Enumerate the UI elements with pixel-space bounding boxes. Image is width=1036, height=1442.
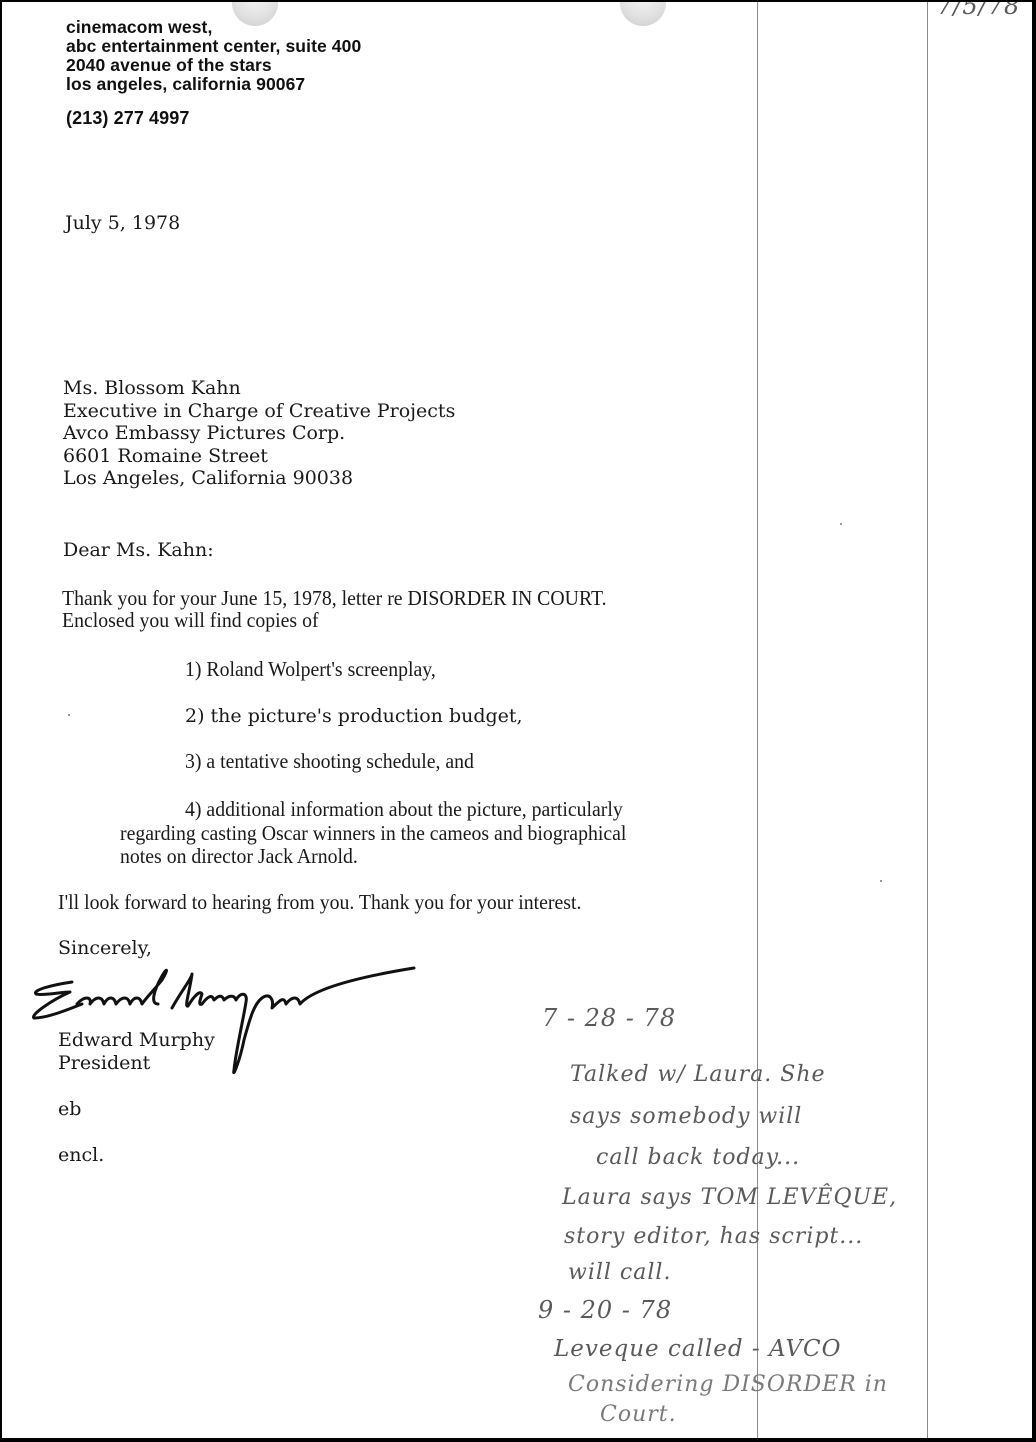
corner-date-note: 7/5/78 [937,2,1020,20]
note-line: Talked w/ Laura. She [570,1062,826,1087]
address-line: 2040 avenue of the stars [66,56,361,75]
enclosure-item-4: 4) additional information about the pict… [185,798,623,821]
letter-date: July 5, 1978 [65,212,180,235]
enclosure-item-4-cont: notes on director Jack Arnold. [120,845,358,868]
note-line: Court. [600,1402,677,1427]
recipient-block: Ms. Blossom Kahn Executive in Charge of … [63,377,455,490]
closing-line: I'll look forward to hearing from you. T… [58,891,581,914]
company-name: cinemacom west, [66,18,361,37]
signer-block: Edward Murphy President [58,1029,215,1074]
note-line: call back today... [596,1145,800,1170]
signer-name: Edward Murphy [58,1029,215,1052]
address-line: los angeles, california 90067 [66,75,361,94]
note-line: story editor, has script... [564,1224,863,1249]
letter-page: 7/5/78 cinemacom west, abc entertainment… [2,2,1032,1438]
note-line: will call. [568,1260,671,1285]
speck [840,523,842,525]
typist-initials: eb [58,1098,81,1121]
note-line: Leveque called - AVCO [554,1336,842,1362]
valediction: Sincerely, [58,937,152,960]
speck [68,714,70,716]
speck [880,880,882,882]
note-line: Considering DISORDER in [568,1372,888,1397]
letterhead: cinemacom west, abc entertainment center… [66,18,361,128]
enclosure-notation: encl. [58,1144,104,1167]
ruled-line-left [757,2,758,1438]
salutation: Dear Ms. Kahn: [63,539,214,562]
recipient-city: Los Angeles, California 90038 [63,467,455,490]
note-date: 7 - 28 - 78 [542,1004,676,1032]
signer-title: President [58,1052,215,1075]
phone-number: (213) 277 4997 [66,109,361,128]
intro-line-2: Enclosed you will find copies of [62,609,319,632]
note-line: says somebody will [570,1104,802,1129]
ruled-line-right [927,2,928,1438]
recipient-street: 6601 Romaine Street [63,445,455,468]
intro-line-1: Thank you for your June 15, 1978, letter… [62,587,607,610]
enclosure-item-4-cont: regarding casting Oscar winners in the c… [120,822,626,845]
note-date: 9 - 20 - 78 [538,1296,672,1324]
enclosure-item-2: 2) the picture's production budget, [185,705,523,728]
enclosure-item-1: 1) Roland Wolpert's screenplay, [185,658,436,681]
recipient-name: Ms. Blossom Kahn [63,377,455,400]
enclosure-item-3: 3) a tentative shooting schedule, and [185,750,474,773]
address-line: abc entertainment center, suite 400 [66,37,361,56]
hole-punch-right [620,2,666,26]
note-line: Laura says TOM LEVÊQUE, [562,1185,897,1210]
recipient-company: Avco Embassy Pictures Corp. [63,422,455,445]
recipient-title: Executive in Charge of Creative Projects [63,400,455,423]
